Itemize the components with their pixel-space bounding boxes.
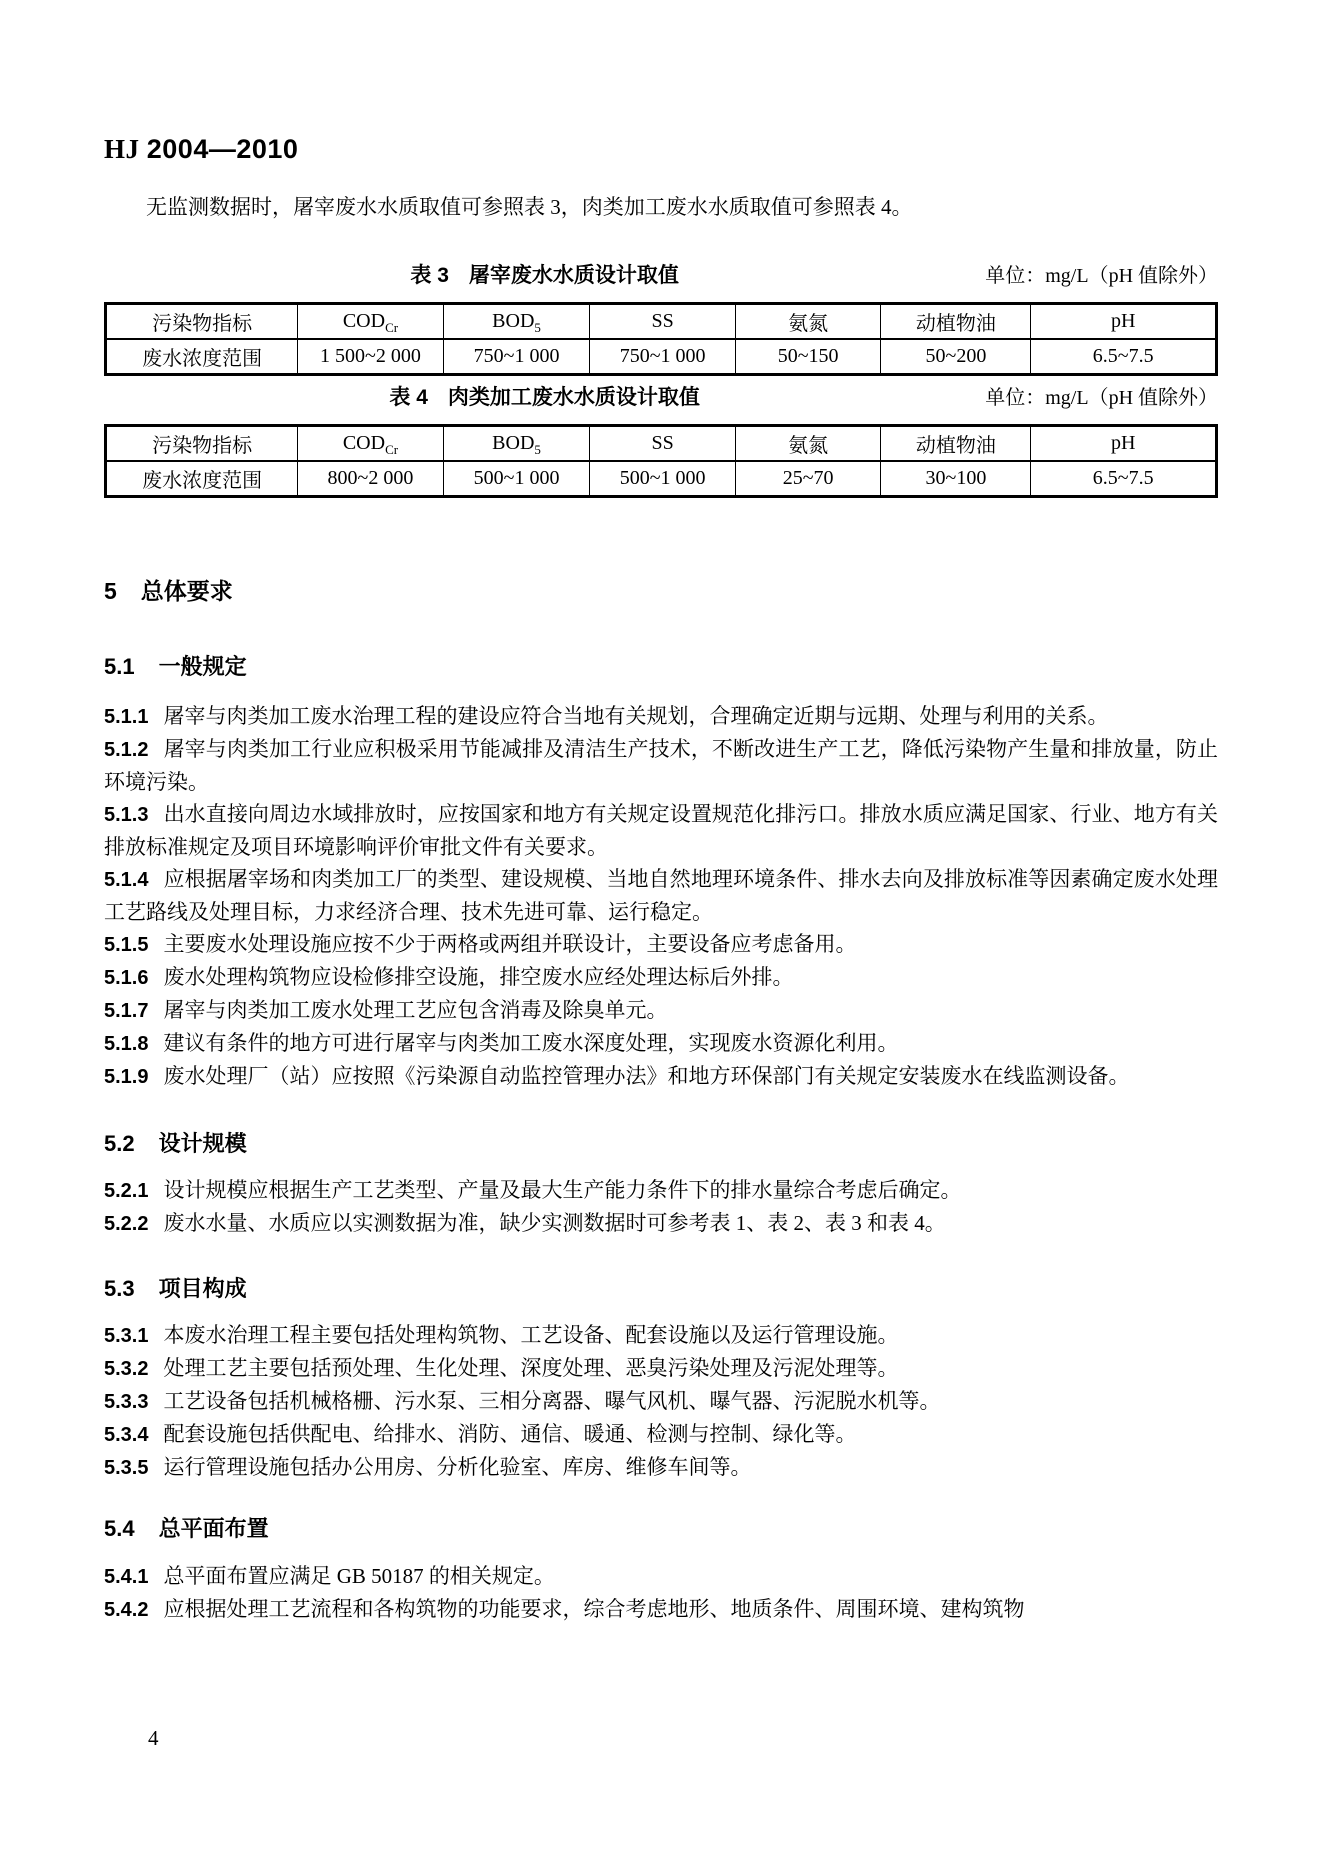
bod-subscript: 5 — [534, 320, 541, 335]
table4-data-row: 废水浓度范围 800~2 000 500~1 000 500~1 000 25~… — [106, 461, 1217, 497]
table3-header-ammonia: 氨氮 — [735, 304, 881, 340]
table3-caption-title: 屠宰废水水质设计取值 — [469, 264, 679, 287]
table3-ammonia-value: 50~150 — [735, 339, 881, 375]
clause-5-3-1: 5.3.1本废水治理工程主要包括处理构筑物、工艺设备、配套设施以及运行管理设施。 — [104, 1319, 1218, 1352]
table3-cod-value: 1 500~2 000 — [298, 339, 444, 375]
clause-5-3-5: 5.3.5运行管理设施包括办公用房、分析化验室、库房、维修车间等。 — [104, 1451, 1218, 1484]
table4-header-cod: CODCr — [298, 426, 444, 462]
clauses-5-2: 5.2.1设计规模应根据生产工艺类型、产量及最大生产能力条件下的排水量综合考虑后… — [104, 1174, 1218, 1240]
clause-number: 5.4.2 — [104, 1599, 148, 1621]
clause-5-4-1: 5.4.1总平面布置应满足 GB 50187 的相关规定。 — [104, 1560, 1218, 1593]
clause-number: 5.1.4 — [104, 869, 148, 891]
table4-row-label: 废水浓度范围 — [106, 461, 298, 497]
table3-row-label: 废水浓度范围 — [106, 339, 298, 375]
clause-text: 建议有条件的地方可进行屠宰与肉类加工废水深度处理，实现废水资源化利用。 — [163, 1031, 898, 1055]
clause-number: 5.3.3 — [104, 1391, 148, 1413]
clause-5-1-9: 5.1.9废水处理厂（站）应按照《污染源自动监控管理办法》和地方环保部门有关规定… — [104, 1060, 1218, 1093]
clause-text: 运行管理设施包括办公用房、分析化验室、库房、维修车间等。 — [163, 1455, 751, 1479]
bod-label: BOD — [492, 310, 534, 332]
clause-text: 设计规模应根据生产工艺类型、产量及最大生产能力条件下的排水量综合考虑后确定。 — [163, 1178, 961, 1202]
clause-5-1-5: 5.1.5主要废水处理设施应按不少于两格或两组并联设计，主要设备应考虑备用。 — [104, 928, 1218, 961]
table4-header-pollutant: 污染物指标 — [106, 426, 298, 462]
table4-ph-value: 6.5~7.5 — [1031, 461, 1217, 497]
table3-header-row: 污染物指标 CODCr BOD5 SS 氨氮 动植物油 pH — [106, 304, 1217, 340]
cod-label: COD — [343, 310, 385, 332]
table4-ss-value: 500~1 000 — [590, 461, 736, 497]
document-page: HJ 2004—2010 无监测数据时，屠宰废水水质取值可参照表 3，肉类加工废… — [0, 0, 1323, 1871]
clause-number: 5.1.2 — [104, 739, 148, 761]
heading-5-1: 5.1一般规定 — [104, 654, 1218, 679]
clause-text: 屠宰与肉类加工废水处理工艺应包含消毒及除臭单元。 — [163, 998, 667, 1022]
clauses-5-4: 5.4.1总平面布置应满足 GB 50187 的相关规定。 5.4.2应根据处理… — [104, 1560, 1218, 1626]
clause-text: 屠宰与肉类加工废水治理工程的建设应符合当地有关规划，合理确定近期与远期、处理与利… — [163, 704, 1108, 728]
clause-5-1-3: 5.1.3出水直接向周边水域排放时，应按国家和地方有关规定设置规范化排污口。排放… — [104, 798, 1218, 863]
heading-number: 5.1 — [104, 654, 135, 679]
clauses-5-3: 5.3.1本废水治理工程主要包括处理构筑物、工艺设备、配套设施以及运行管理设施。… — [104, 1319, 1218, 1484]
table4-caption-title: 肉类加工废水水质设计取值 — [448, 386, 700, 409]
table4-header-ph: pH — [1031, 426, 1217, 462]
clause-text: 屠宰与肉类加工行业应积极采用节能减排及清洁生产技术，不断改进生产工艺，降低污染物… — [104, 737, 1218, 794]
clauses-5-1: 5.1.1屠宰与肉类加工废水治理工程的建设应符合当地有关规划，合理确定近期与远期… — [104, 700, 1218, 1093]
heading-number: 5.3 — [104, 1276, 135, 1301]
table3-header-ph: pH — [1031, 304, 1217, 340]
table3-ss-value: 750~1 000 — [590, 339, 736, 375]
heading-number: 5.4 — [104, 1516, 135, 1541]
cod-subscript: Cr — [385, 442, 398, 457]
clause-number: 5.2.2 — [104, 1213, 148, 1235]
clause-text: 工艺设备包括机械格栅、污水泵、三相分离器、曝气风机、曝气器、污泥脱水机等。 — [163, 1389, 940, 1413]
table3-header-bod: BOD5 — [443, 304, 590, 340]
table3-header-ss: SS — [590, 304, 736, 340]
table3-caption: 表 3屠宰废水水质设计取值 — [410, 259, 679, 289]
clause-text: 应根据屠宰场和肉类加工厂的类型、建设规模、当地自然地理环境条件、排水去向及排放标… — [104, 867, 1218, 924]
clause-5-3-2: 5.3.2处理工艺主要包括预处理、生化处理、深度处理、恶臭污染处理及污泥处理等。 — [104, 1352, 1218, 1385]
clause-5-1-2: 5.1.2屠宰与肉类加工行业应积极采用节能减排及清洁生产技术，不断改进生产工艺，… — [104, 733, 1218, 798]
heading-number: 5 — [104, 578, 117, 604]
table4-caption: 表 4肉类加工废水水质设计取值 — [389, 381, 700, 411]
clause-text: 本废水治理工程主要包括处理构筑物、工艺设备、配套设施以及运行管理设施。 — [163, 1323, 898, 1347]
table3-header-pollutant: 污染物指标 — [106, 304, 298, 340]
clause-text: 废水水量、水质应以实测数据为准，缺少实测数据时可参考表 1、表 2、表 3 和表… — [163, 1211, 945, 1235]
clause-number: 5.1.1 — [104, 706, 148, 728]
table3-header-cod: CODCr — [298, 304, 444, 340]
clause-5-1-7: 5.1.7屠宰与肉类加工废水处理工艺应包含消毒及除臭单元。 — [104, 994, 1218, 1027]
clause-number: 5.1.5 — [104, 934, 148, 956]
clause-5-4-2: 5.4.2应根据处理工艺流程和各构筑物的功能要求，综合考虑地形、地质条件、周围环… — [104, 1593, 1218, 1626]
clause-5-1-4: 5.1.4应根据屠宰场和肉类加工厂的类型、建设规模、当地自然地理环境条件、排水去… — [104, 863, 1218, 928]
table-3-slaughter-wastewater: 污染物指标 CODCr BOD5 SS 氨氮 动植物油 pH 废水浓度范围 1 … — [104, 302, 1218, 376]
clause-text: 废水处理厂（站）应按照《污染源自动监控管理办法》和地方环保部门有关规定安装废水在… — [163, 1064, 1129, 1088]
table3-unit-note: 单位：mg/L（pH 值除外） — [985, 259, 1218, 288]
clause-5-1-6: 5.1.6废水处理构筑物应设检修排空设施，排空废水应经处理达标后外排。 — [104, 961, 1218, 994]
clause-5-2-2: 5.2.2废水水量、水质应以实测数据为准，缺少实测数据时可参考表 1、表 2、表… — [104, 1207, 1218, 1240]
clause-text: 废水处理构筑物应设检修排空设施，排空废水应经处理达标后外排。 — [163, 965, 793, 989]
bod-subscript: 5 — [534, 442, 541, 457]
heading-5-3: 5.3项目构成 — [104, 1276, 1218, 1301]
table3-header-oil: 动植物油 — [881, 304, 1031, 340]
clause-number: 5.3.1 — [104, 1325, 148, 1347]
heading-5-2: 5.2设计规模 — [104, 1131, 1218, 1156]
clause-text: 出水直接向周边水域排放时，应按国家和地方有关规定设置规范化排污口。排放水质应满足… — [104, 802, 1218, 859]
table3-caption-label: 表 3 — [410, 264, 449, 287]
cod-label: COD — [343, 432, 385, 454]
table-4-meat-processing-wastewater: 污染物指标 CODCr BOD5 SS 氨氮 动植物油 pH 废水浓度范围 80… — [104, 424, 1218, 498]
bod-label: BOD — [492, 432, 534, 454]
clause-number: 5.1.3 — [104, 804, 148, 826]
table4-caption-row: 表 4肉类加工废水水质设计取值 单位：mg/L（pH 值除外） — [104, 381, 1218, 411]
table4-cod-value: 800~2 000 — [298, 461, 444, 497]
clause-text: 总平面布置应满足 GB 50187 的相关规定。 — [163, 1564, 554, 1588]
heading-title: 一般规定 — [159, 654, 247, 679]
doc-code-prefix: HJ — [104, 134, 140, 164]
table4-header-row: 污染物指标 CODCr BOD5 SS 氨氮 动植物油 pH — [106, 426, 1217, 462]
table3-oil-value: 50~200 — [881, 339, 1031, 375]
clause-number: 5.2.1 — [104, 1180, 148, 1202]
doc-code-number: 2004—2010 — [147, 134, 299, 164]
heading-title: 项目构成 — [159, 1276, 247, 1301]
clause-text: 应根据处理工艺流程和各构筑物的功能要求，综合考虑地形、地质条件、周围环境、建构筑… — [163, 1597, 1024, 1621]
clause-text: 主要废水处理设施应按不少于两格或两组并联设计，主要设备应考虑备用。 — [163, 932, 856, 956]
clause-text: 配套设施包括供配电、给排水、消防、通信、暖通、检测与控制、绿化等。 — [163, 1422, 856, 1446]
table3-bod-value: 750~1 000 — [443, 339, 590, 375]
heading-title: 设计规模 — [159, 1131, 247, 1156]
clause-number: 5.3.5 — [104, 1457, 148, 1479]
clause-number: 5.1.9 — [104, 1066, 148, 1088]
table3-ph-value: 6.5~7.5 — [1031, 339, 1217, 375]
heading-5-4: 5.4总平面布置 — [104, 1516, 1218, 1541]
clause-number: 5.1.7 — [104, 1000, 148, 1022]
doc-code-header: HJ 2004—2010 — [104, 136, 1218, 163]
heading-5: 5总体要求 — [104, 578, 1218, 604]
table4-header-ammonia: 氨氮 — [735, 426, 881, 462]
table3-data-row: 废水浓度范围 1 500~2 000 750~1 000 750~1 000 5… — [106, 339, 1217, 375]
cod-subscript: Cr — [385, 320, 398, 335]
table4-header-ss: SS — [590, 426, 736, 462]
table4-unit-note: 单位：mg/L（pH 值除外） — [985, 381, 1218, 410]
clause-number: 5.1.8 — [104, 1033, 148, 1055]
clause-5-1-8: 5.1.8建议有条件的地方可进行屠宰与肉类加工废水深度处理，实现废水资源化利用。 — [104, 1027, 1218, 1060]
clause-5-1-1: 5.1.1屠宰与肉类加工废水治理工程的建设应符合当地有关规划，合理确定近期与远期… — [104, 700, 1218, 733]
heading-title: 总平面布置 — [159, 1516, 269, 1541]
table4-oil-value: 30~100 — [881, 461, 1031, 497]
clause-text: 处理工艺主要包括预处理、生化处理、深度处理、恶臭污染处理及污泥处理等。 — [163, 1356, 898, 1380]
clause-5-3-4: 5.3.4配套设施包括供配电、给排水、消防、通信、暖通、检测与控制、绿化等。 — [104, 1418, 1218, 1451]
intro-paragraph: 无监测数据时，屠宰废水水质取值可参照表 3，肉类加工废水水质取值可参照表 4。 — [104, 191, 1218, 223]
clause-number: 5.4.1 — [104, 1566, 148, 1588]
table4-ammonia-value: 25~70 — [735, 461, 881, 497]
page-content: HJ 2004—2010 无监测数据时，屠宰废水水质取值可参照表 3，肉类加工废… — [0, 0, 1323, 1626]
clause-number: 5.1.6 — [104, 967, 148, 989]
table4-bod-value: 500~1 000 — [443, 461, 590, 497]
clause-5-3-3: 5.3.3工艺设备包括机械格栅、污水泵、三相分离器、曝气风机、曝气器、污泥脱水机… — [104, 1385, 1218, 1418]
clause-number: 5.3.2 — [104, 1358, 148, 1380]
clause-number: 5.3.4 — [104, 1424, 148, 1446]
table3-caption-row: 表 3屠宰废水水质设计取值 单位：mg/L（pH 值除外） — [104, 259, 1218, 289]
table4-header-bod: BOD5 — [443, 426, 590, 462]
table4-caption-label: 表 4 — [389, 386, 428, 409]
heading-number: 5.2 — [104, 1131, 135, 1156]
table4-header-oil: 动植物油 — [881, 426, 1031, 462]
clause-5-2-1: 5.2.1设计规模应根据生产工艺类型、产量及最大生产能力条件下的排水量综合考虑后… — [104, 1174, 1218, 1207]
heading-title: 总体要求 — [141, 578, 233, 604]
page-number: 4 — [148, 1726, 159, 1751]
